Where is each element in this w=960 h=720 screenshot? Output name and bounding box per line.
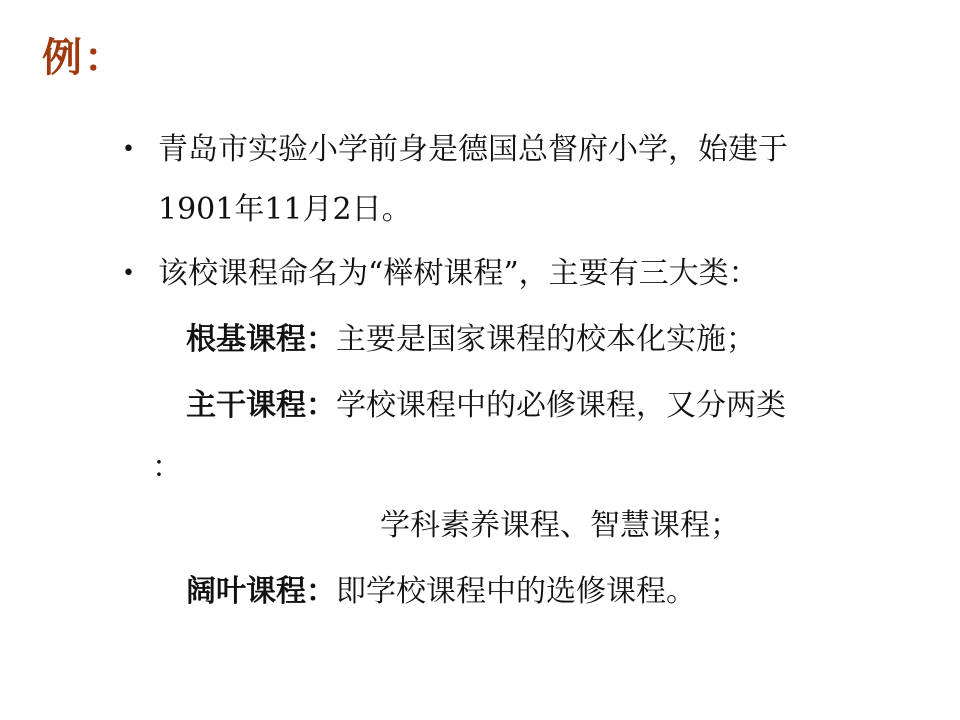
category-zhugan: 主干课程：学校课程中的必修课程，又分两类 xyxy=(186,386,786,426)
category-continuation: ： xyxy=(152,448,182,488)
category-label: 主干课程： xyxy=(186,388,336,423)
bullet-marker: • xyxy=(122,130,135,170)
bullet-marker: • xyxy=(122,254,135,294)
slide-title: 例： xyxy=(42,30,126,86)
category-subtypes: 学科素养课程、智慧课程； xyxy=(380,506,740,546)
category-text: 即学校课程中的选修课程。 xyxy=(336,574,696,609)
bullet-1-line-1: 青岛市实验小学前身是德国总督府小学，始建于 xyxy=(158,130,788,170)
category-label: 阔叶课程： xyxy=(186,574,336,609)
bullet-1-line-2: 1901年11月2日。 xyxy=(158,190,412,230)
category-label: 根基课程： xyxy=(186,322,336,357)
category-text: 主要是国家课程的校本化实施； xyxy=(336,322,756,357)
category-text: 学校课程中的必修课程，又分两类 xyxy=(336,388,786,423)
category-kuoye: 阔叶课程：即学校课程中的选修课程。 xyxy=(186,572,696,612)
category-genji: 根基课程：主要是国家课程的校本化实施； xyxy=(186,320,756,360)
bullet-2-line-1: 该校课程命名为“榉树课程”，主要有三大类： xyxy=(158,254,759,294)
slide: 例： • 青岛市实验小学前身是德国总督府小学，始建于 1901年11月2日。 •… xyxy=(0,0,960,720)
